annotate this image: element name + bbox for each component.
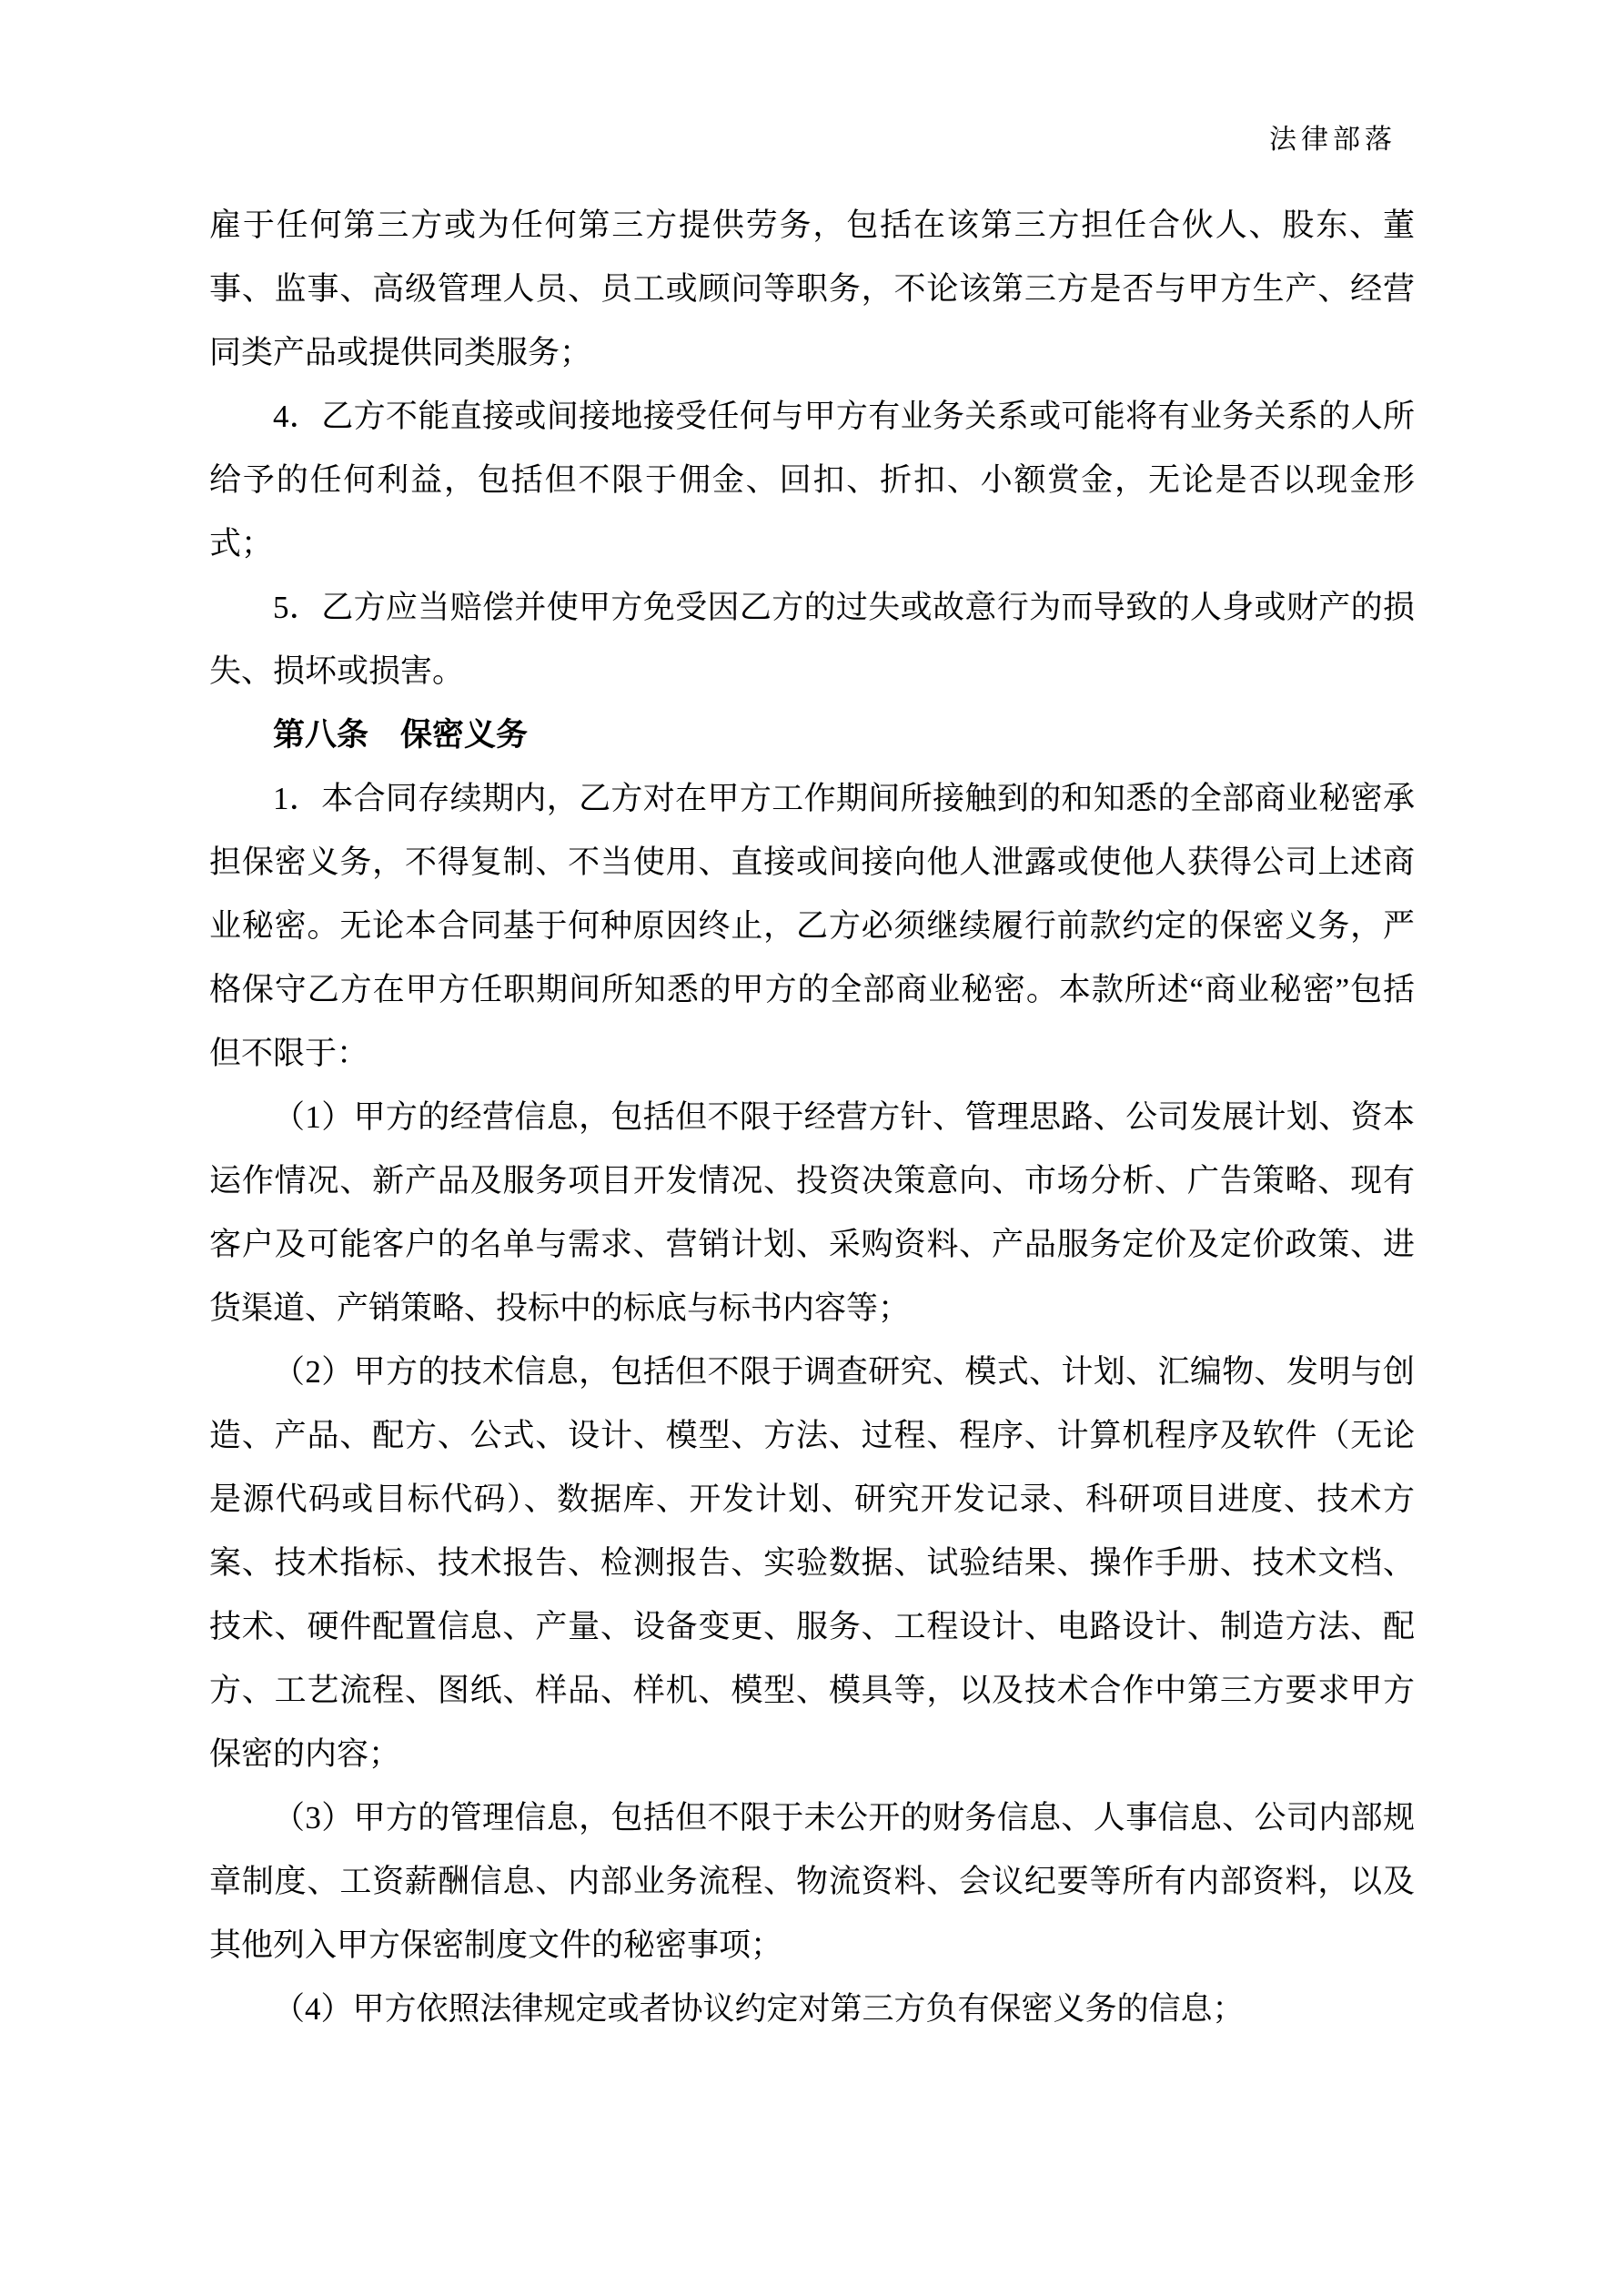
clause-4-paragraph: 4．乙方不能直接或间接地接受任何与甲方有业务关系或可能将有业务关系的人所给予的任… [209, 385, 1415, 576]
clause-5-paragraph: 5．乙方应当赔偿并使甲方免受因乙方的过失或故意行为而导致的人身或财产的损失、损坏… [209, 576, 1415, 703]
watermark-label: 法律部落 [1269, 116, 1397, 157]
document-body: 雇于任何第三方或为任何第三方提供劳务，包括在该第三方担任合伙人、股东、董事、监事… [209, 194, 1415, 2041]
item-3-management-info: （3）甲方的管理信息，包括但不限于未公开的财务信息、人事信息、公司内部规章制度、… [209, 1786, 1415, 1977]
continuation-paragraph: 雇于任何第三方或为任何第三方提供劳务，包括在该第三方担任合伙人、股东、董事、监事… [209, 194, 1415, 385]
item-2-technical-info: （2）甲方的技术信息，包括但不限于调查研究、模式、计划、汇编物、发明与创造、产品… [209, 1340, 1415, 1786]
item-1-business-info: （1）甲方的经营信息，包括但不限于经营方针、管理思路、公司发展计划、资本运作情况… [209, 1086, 1415, 1340]
confidentiality-clause-1: 1．本合同存续期内，乙方对在甲方工作期间所接触到的和知悉的全部商业秘密承担保密义… [209, 767, 1415, 1086]
article-8-heading: 第八条 保密义务 [209, 703, 1415, 767]
document-page: 法律部落 雇于任何第三方或为任何第三方提供劳务，包括在该第三方担任合伙人、股东、… [0, 0, 1624, 2296]
item-4-third-party-confidentiality: （4）甲方依照法律规定或者协议约定对第三方负有保密义务的信息； [209, 1977, 1415, 2041]
